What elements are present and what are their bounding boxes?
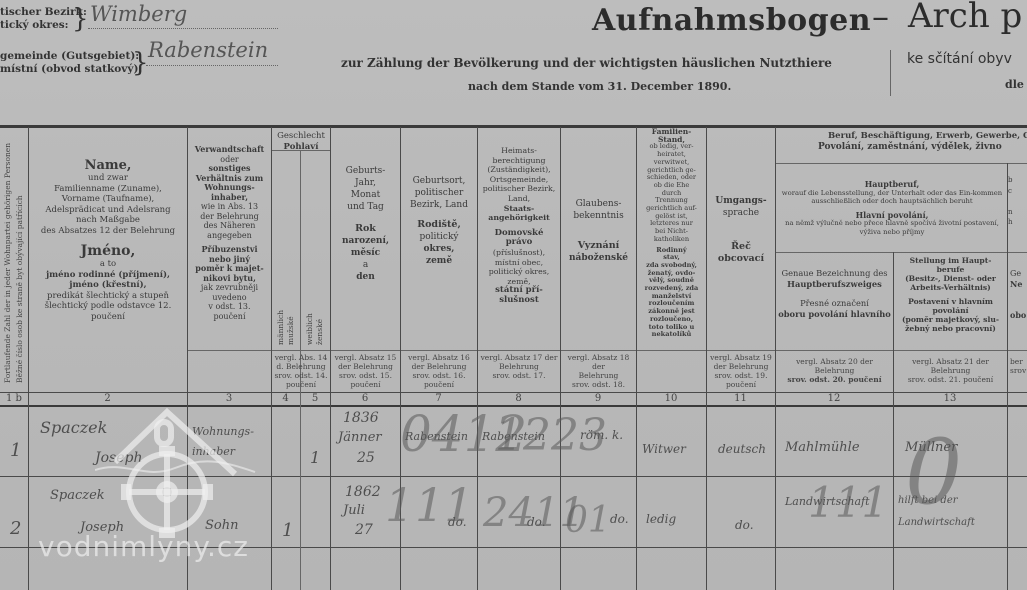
ref-line: srov. odst. 15. (331, 371, 400, 380)
ref-line: vergl. Absatz 19 (707, 353, 775, 362)
col-10-de-line: katholiken (637, 236, 706, 244)
col-14-header-partial: Ge Ne obo (1010, 268, 1027, 321)
ref-line: vergl. Absatz 21 der Belehrung (894, 357, 1007, 375)
marital-status: ledig (646, 512, 676, 526)
col-8-cz-line: právo (478, 238, 560, 248)
birth-month: Juli (343, 503, 365, 518)
female-mark: 1 (310, 448, 320, 467)
col-14-ref: ber srov (1010, 357, 1027, 375)
birth-year: 1862 (345, 484, 381, 500)
col-9-cz-line: Vyznání (561, 240, 636, 252)
col-6-cz-line: a (331, 259, 400, 271)
row-index: 1 (10, 440, 21, 461)
col-7-cz-line: politický (401, 231, 477, 243)
col-13-header: Stellung im Haupt- berufe (Besitz-, Dien… (894, 256, 1007, 333)
col-num-13: 13 (893, 393, 1007, 404)
col-num-12: 12 (775, 393, 893, 404)
col-13-cz-line: (poměr majetkový, slu- (894, 315, 1007, 324)
municipality-value: Rabenstein (148, 38, 268, 62)
col-13-de-line: berufe (894, 265, 1007, 274)
col-14-main-partial: bcnh (1008, 175, 1027, 228)
col-12-header: Genaue Bezeichnung des Hauptberufszweige… (776, 268, 893, 320)
ref-line: srov. odst. 19. (707, 371, 775, 380)
municipality-label-de: gemeinde (Gutsgebiet): (0, 50, 139, 63)
col-7-ref: vergl. Absatz 16 der Belehrung srov. ods… (401, 353, 477, 389)
col-7-cz-line: okres, (401, 243, 477, 255)
ref-line: der Belehrung (331, 362, 400, 371)
district-label-cz: tický okres: (0, 19, 69, 32)
female-header-cz: ženské (315, 295, 324, 345)
col-3-cz-line: nikovi bytu, (188, 274, 271, 284)
ref-line: srov. odst. 18. (561, 380, 636, 389)
col-9-ref: vergl. Absatz 18 der Belehrung srov. ods… (561, 353, 636, 389)
col-2-de-line: des Absatzes 12 der Belehrung (29, 226, 187, 237)
col-13-cz-line: Postavení v hlavním (894, 297, 1007, 306)
col-8-de-line: Ortsgemeinde, (478, 175, 560, 185)
col-2-de-line: Vorname (Taufname), (29, 194, 187, 205)
municipality-field-line (146, 64, 278, 66)
col-num-1b: 1 b (0, 393, 28, 404)
main-occupation-title-cz: Hlavní povolání, (777, 211, 1007, 220)
title-cz: Arch p (908, 0, 1022, 36)
brace-icon: } (72, 6, 89, 32)
col-2-title-cz: Jméno, (29, 244, 187, 259)
gender-group-de: Geschlecht (272, 131, 330, 142)
col-13-de-line: (Besitz-, Dienst- oder (894, 274, 1007, 283)
col-8-ref: vergl. Absatz 17 der Belehrung srov. ods… (478, 353, 560, 380)
col-6-cz-line: Rok (331, 223, 400, 235)
occupation: Mahlmühle (785, 440, 860, 455)
col-2-cz-line: jméno (křestní), (29, 280, 187, 291)
col-14-de-line: Ne (1010, 279, 1027, 290)
col-8-cz-line: místní obec, (478, 258, 560, 268)
col-13-cz-line: povolání (894, 306, 1007, 315)
brace-icon: } (132, 50, 149, 76)
col-2-cz-line: šlechtický podle odstavce 12. (29, 301, 187, 312)
col-9-cz-line: náboženské (561, 252, 636, 264)
occupation-group-cz: Povolání, zaměstnání, výdělek, živno (818, 142, 1027, 153)
col-2-title-de: Name, (29, 158, 187, 173)
female-header-de: weiblich (305, 295, 314, 345)
col-12-ref: vergl. Absatz 20 der Belehrung srov. ods… (776, 357, 893, 384)
col-2-de-line: Familienname (Zuname), (29, 184, 187, 195)
main-occupation-text-de: worauf die Lebensstellung, der Unterhalt… (777, 189, 1007, 206)
tally-mark: 11 (415, 478, 474, 532)
col-6-cz-line: narození, (331, 235, 400, 247)
col-3-cz-line: uvedeno (188, 293, 271, 303)
col-3-de-line: Verwandtschaft (188, 145, 271, 155)
birth-day: 25 (357, 450, 375, 466)
birth-month: Jänner (338, 430, 382, 445)
ref-line: d. Belehrung (272, 362, 330, 371)
main-occupation-title-de: Hauptberuf, (777, 180, 1007, 189)
subtitle-cz: ke sčítání obyv (907, 51, 1012, 67)
col-3-header: Verwandtschaft oder sonstiges Verhältnis… (188, 145, 271, 321)
main-occupation-header: Hauptberuf, worauf die Lebensstellung, d… (777, 180, 1007, 236)
col-10-cz-line: nekatolíků (637, 331, 706, 339)
ref-line: Belehrung (478, 362, 560, 371)
marital-status: Witwer (642, 442, 686, 456)
col-3-de-line: der Belehrung (188, 212, 271, 222)
col-6-ref: vergl. Absatz 15 der Belehrung srov. ods… (331, 353, 400, 389)
gender-ref: vergl. Abs. 14 d. Belehrung srov. odst. … (272, 353, 330, 389)
ref-line: srov. odst. 17. (478, 371, 560, 380)
ref-line: vergl. Absatz 18 der (561, 353, 636, 371)
ref-line: der Belehrung (707, 362, 775, 371)
col-11-header: Umgangs- sprache Řeč obcovací (707, 195, 775, 265)
col-13-de-line: Stellung im Haupt- (894, 256, 1007, 265)
watermark-text: vodnimlyny.cz (38, 530, 249, 563)
col-12-cz-line: Přesné označení (776, 298, 893, 309)
col-12-cz-line: oboru povolání hlavního (776, 309, 893, 320)
col-6-de-line: Geburts- (331, 165, 400, 177)
col-10-header: Familien- Stand, ob ledig, ver- heiratet… (637, 128, 706, 339)
census-form-page: tischer Bezirk: tický okres: } Wimberg g… (0, 0, 1027, 590)
col-3-cz-line: poučení (188, 312, 271, 322)
col-8-cz-line: politický okres, (478, 267, 560, 277)
subtitle-de: zur Zählung der Bevölkerung und der wich… (341, 56, 832, 70)
district-field-line (88, 27, 278, 29)
watermill-wheel-icon (95, 402, 295, 542)
col-14-de-line: Ge (1010, 268, 1027, 279)
col-1b-header-de: Fortlaufende Zahl der in jeder Wohnparte… (3, 138, 12, 383)
col-7-de-line: Geburtsort, (401, 175, 477, 187)
gender-group-cz: Pohlaví (272, 142, 330, 153)
date-line-cz: dle (1005, 78, 1024, 91)
tally-mark: 1 (385, 478, 414, 532)
col-13-cz-line: žebný nebo pracovní) (894, 324, 1007, 333)
occupation-group-divider (775, 163, 1027, 164)
col-11-cz-line: Řeč (707, 241, 775, 253)
col-11-cz-line: obcovací (707, 253, 775, 265)
gender-group-header: Geschlecht Pohlaví (272, 131, 330, 152)
col-7-de-line: Bezirk, Land (401, 199, 477, 211)
municipality-label-cz: místní (obvod statkový): (0, 63, 142, 76)
ref-line: vergl. Absatz 15 (331, 353, 400, 362)
col-13-de-line: Arbeits-Verhältnis) (894, 283, 1007, 292)
ref-line: srov. odst. 16. (401, 371, 477, 380)
tally-mark: 1223 (495, 410, 607, 461)
col-14-cz-line: obo (1010, 310, 1027, 321)
title-separator: – (872, 0, 889, 37)
col-9-de-line: bekenntnis (561, 210, 636, 222)
tally-mark: 01 (565, 500, 611, 541)
col-num-11: 11 (706, 393, 775, 404)
col-8-de-line: Land, (478, 194, 560, 204)
language: deutsch (718, 442, 766, 456)
col-6-de-line: Monat (331, 189, 400, 201)
col-1b-header-cz: Běžné číslo osob ke straně byt obývající… (15, 138, 24, 383)
col-8-de-line: angehörigkeit (478, 213, 560, 223)
religion: do. (610, 512, 629, 526)
tally-mark: 0 (905, 420, 962, 525)
col-12-de-line: Genaue Bezeichnung des (776, 268, 893, 279)
col-6-cz-line: den (331, 271, 400, 283)
col-num-5: 5 (300, 393, 330, 404)
ref-line: poučení (707, 380, 775, 389)
birth-day: 27 (355, 522, 373, 538)
title-divider (890, 50, 891, 96)
col-12-de-line: Hauptberufszweiges (776, 279, 893, 290)
col-num-7: 7 (400, 393, 477, 404)
ref-line: srov. odst. 14. (272, 371, 330, 380)
col-8-de-line: berechtigung (478, 156, 560, 166)
col-8-de-line: (Zuständigkeit), (478, 165, 560, 175)
language: do. (735, 518, 754, 532)
col-13-ref: vergl. Absatz 21 der Belehrung srov. ods… (894, 357, 1007, 384)
male-header-cz: mužské (286, 295, 295, 345)
col-6-header: Geburts- Jahr, Monat und Tag Rok narozen… (331, 165, 400, 283)
main-occupation-text-cz: na němž výlučně nebo přece hlavně spočív… (777, 219, 1007, 236)
col-2-de-line: nach Maßgabe (29, 215, 187, 226)
col-num-9: 9 (560, 393, 636, 404)
col-11-ref: vergl. Absatz 19 der Belehrung srov. ods… (707, 353, 775, 389)
col-3-cz-line: jak zevrubněji (188, 283, 271, 293)
col-7-cz-line: Rodiště, (401, 219, 477, 231)
district-value: Wimberg (90, 2, 187, 26)
ref-line: ber (1010, 357, 1027, 366)
col-7-header: Geburtsort, politischer Bezirk, Land Rod… (401, 175, 477, 267)
title-de: Aufnahmsbogen (592, 3, 871, 38)
col-11-de-line: sprache (707, 207, 775, 219)
ref-line: der Belehrung (401, 362, 477, 371)
col-7-cz-line: země (401, 255, 477, 267)
col-num-8: 8 (477, 393, 560, 404)
col-9-header: Glaubens- bekenntnis Vyznání náboženské (561, 198, 636, 264)
occupation-group-de: Beruf, Beschäftigung, Erwerb, Gewerbe, G (828, 131, 1027, 142)
col-6-de-line: Jahr, (331, 177, 400, 189)
ref-line: srov. odst. 20. poučení (776, 375, 893, 384)
ref-line: srov (1010, 366, 1027, 375)
tally-mark: 111 (808, 478, 888, 527)
col-num-6: 6 (330, 393, 400, 404)
col-7-de-line: politischer (401, 187, 477, 199)
ref-line: vergl. Abs. 14 (272, 353, 330, 362)
col-8-de-line: Staats- (478, 204, 560, 214)
col-9-de-line: Glaubens- (561, 198, 636, 210)
col-3-de-line: inhaber, (188, 193, 271, 203)
col-2-de-line: und zwar (29, 173, 187, 184)
ref-line: poučení (272, 380, 330, 389)
col-3-de-line: wie in Abs. 13 (188, 202, 271, 212)
col-3-de-line: angegeben (188, 231, 271, 241)
ref-row-top-line (187, 350, 1027, 351)
ref-line: srov. odst. 21. poučení (894, 375, 1007, 384)
col-2-cz-line: jméno rodinné (příjmení), (29, 270, 187, 281)
col-3-cz-line: v odst. 13. (188, 302, 271, 312)
occupation-group-header: Beruf, Beschäftigung, Erwerb, Gewerbe, G… (776, 131, 1027, 153)
col-8-de-line: Heimats- (478, 146, 560, 156)
table-top-border (0, 125, 1027, 128)
ref-line: poučení (401, 380, 477, 389)
ref-line: vergl. Absatz 20 der Belehrung (776, 357, 893, 375)
col-2-de-line: Adelsprädicat und Adelsrang (29, 205, 187, 216)
col-2-header: Name, und zwar Familienname (Zuname), Vo… (29, 158, 187, 322)
main-occupation-divider (775, 252, 1027, 253)
col-6-cz-line: měsíc (331, 247, 400, 259)
birth-year: 1836 (343, 410, 379, 426)
col-11-de-line: Umgangs- (707, 195, 775, 207)
col-8-header: Heimats- berechtigung (Zuständigkeit), O… (478, 146, 560, 306)
ref-line: Belehrung (561, 371, 636, 380)
col-2-cz-line: a to (29, 259, 187, 270)
col-num-10: 10 (636, 393, 706, 404)
ref-line: poučení (331, 380, 400, 389)
col-8-cz-line: slušnost (478, 296, 560, 306)
ref-line: vergl. Absatz 16 (401, 353, 477, 362)
col-2-cz-line: poučení (29, 312, 187, 323)
col-6-de-line: und Tag (331, 201, 400, 213)
ref-line: vergl. Absatz 17 der (478, 353, 560, 362)
date-line-de: nach dem Stande vom 31. December 1890. (468, 80, 731, 93)
row-index: 2 (10, 518, 21, 539)
col-8-de-line: politischer Bezirk, (478, 184, 560, 194)
male-header-de: männlich (276, 295, 285, 345)
col-2-cz-line: predikát šlechtický a stupeň (29, 291, 187, 302)
col-3-de-line: des Näheren (188, 221, 271, 231)
col-8-cz-line: (příslušnost), (478, 248, 560, 258)
